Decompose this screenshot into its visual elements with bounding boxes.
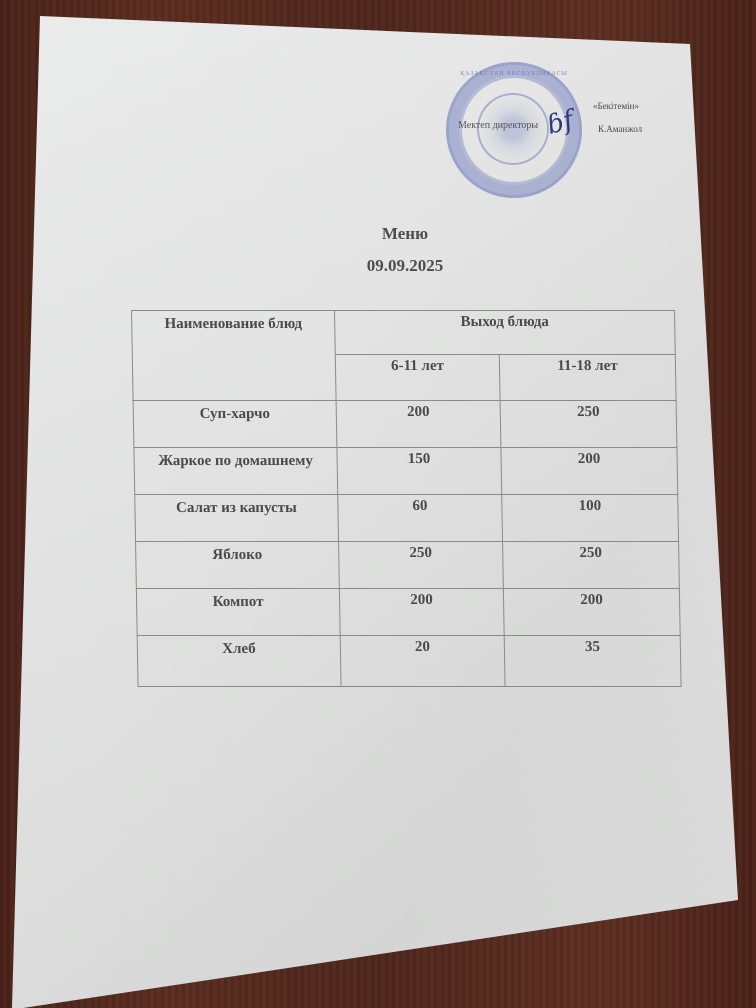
yield-11-18: 200 bbox=[501, 448, 678, 495]
header-yield: Выход блюда bbox=[335, 311, 676, 355]
page-title: Меню bbox=[0, 224, 756, 244]
yield-11-18: 100 bbox=[502, 495, 679, 542]
table-header-row: Наименование блюд Выход блюда bbox=[132, 311, 676, 355]
table-row: Компот 200 200 bbox=[136, 589, 680, 636]
header-age-6-11: 6-11 лет bbox=[335, 355, 500, 401]
yield-6-11: 150 bbox=[337, 448, 502, 495]
table-row: Яблоко 250 250 bbox=[136, 542, 680, 589]
yield-11-18: 250 bbox=[500, 401, 677, 448]
yield-11-18: 35 bbox=[504, 636, 681, 687]
approval-label: «Бекітемін» bbox=[593, 101, 639, 111]
dish-name: Салат из капусты bbox=[135, 495, 339, 542]
director-name: К.Аманжол bbox=[598, 124, 642, 134]
yield-6-11: 250 bbox=[339, 542, 504, 589]
dish-name: Жаркое по домашнему bbox=[134, 448, 338, 495]
dish-name: Хлеб bbox=[137, 636, 341, 687]
yield-6-11: 20 bbox=[340, 636, 505, 687]
yield-6-11: 200 bbox=[336, 401, 501, 448]
menu-table: Наименование блюд Выход блюда 6-11 лет 1… bbox=[131, 310, 682, 687]
table-row: Хлеб 20 35 bbox=[137, 636, 681, 687]
stamp-text: ҚАЗАҚСТАН РЕСПУБЛИКАСЫ bbox=[449, 71, 579, 77]
dish-name: Яблоко bbox=[136, 542, 340, 589]
dish-name: Суп-харчо bbox=[133, 401, 337, 448]
dish-name: Компот bbox=[136, 589, 340, 636]
yield-6-11: 200 bbox=[339, 589, 504, 636]
menu-date: 09.09.2025 bbox=[0, 256, 756, 276]
header-age-11-18: 11-18 лет bbox=[499, 355, 676, 401]
yield-11-18: 250 bbox=[503, 542, 680, 589]
table-row: Суп-харчо 200 250 bbox=[133, 401, 677, 448]
yield-6-11: 60 bbox=[338, 495, 503, 542]
table-row: Жаркое по домашнему 150 200 bbox=[134, 448, 678, 495]
header-dish-name: Наименование блюд bbox=[132, 311, 337, 401]
director-title: Мектеп директоры bbox=[458, 120, 538, 131]
table-row: Салат из капусты 60 100 bbox=[135, 495, 679, 542]
yield-11-18: 200 bbox=[503, 589, 680, 636]
